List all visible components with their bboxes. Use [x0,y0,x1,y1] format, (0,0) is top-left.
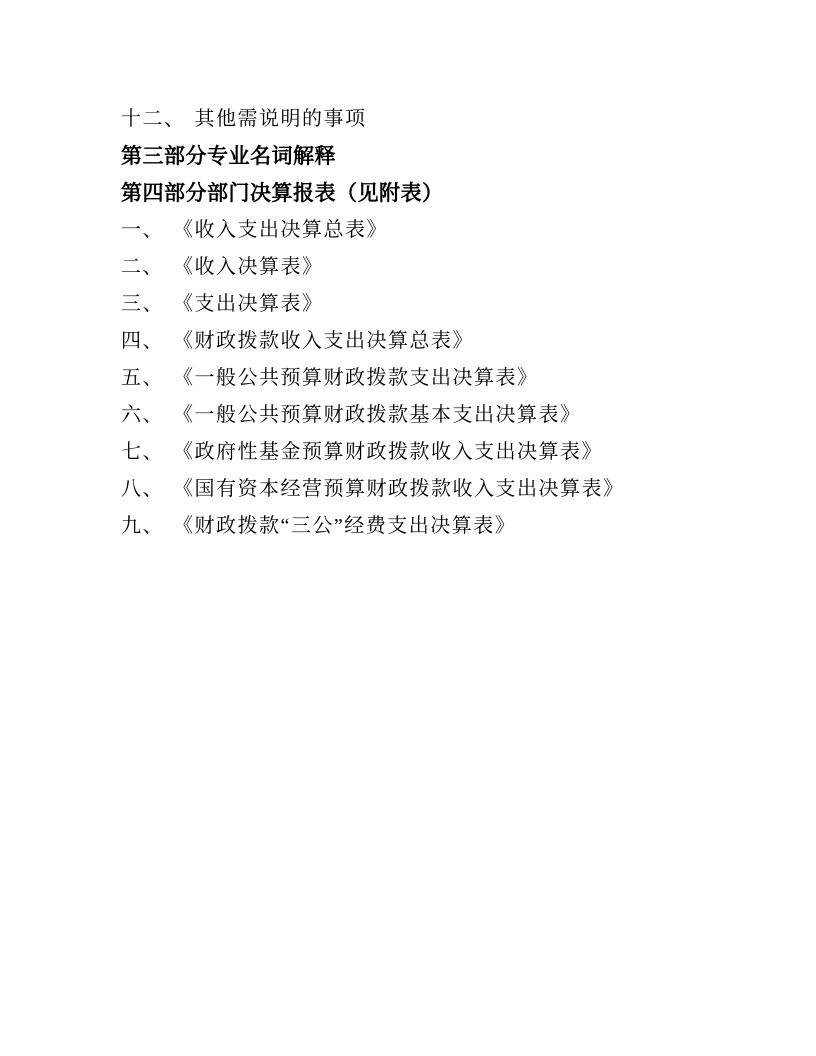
item-number: 四、 [121,323,164,360]
item-text: 《一般公共预算财政拨款支出决算表》 [173,360,539,397]
toc-line-table-4: 四、《财政拨款收入支出决算总表》 [121,323,756,360]
toc-line-table-1: 一、《收入支出决算总表》 [121,212,756,249]
item-text: 《财政拨款“三公”经费支出决算表》 [173,508,516,545]
item-text: 《收入支出决算总表》 [173,212,388,249]
item-number: 二、 [121,249,164,286]
item-number: 六、 [121,397,164,434]
section-heading-part4: 第四部分部门决算报表（见附表） [121,175,756,212]
toc-content: 十二、其他需说明的事项 第三部分专业名词解释 第四部分部门决算报表（见附表） 一… [121,101,756,545]
document-page: 十二、其他需说明的事项 第三部分专业名词解释 第四部分部门决算报表（见附表） 一… [0,0,816,1056]
toc-line-other-notes: 十二、其他需说明的事项 [121,101,756,138]
toc-line-table-6: 六、《一般公共预算财政拨款基本支出决算表》 [121,397,756,434]
item-number: 九、 [121,508,164,545]
toc-line-table-3: 三、《支出决算表》 [121,286,756,323]
section-heading-part3: 第三部分专业名词解释 [121,138,756,175]
item-number: 七、 [121,434,164,471]
toc-line-table-2: 二、《收入决算表》 [121,249,756,286]
item-text: 《一般公共预算财政拨款基本支出决算表》 [173,397,582,434]
item-text: 《财政拨款收入支出决算总表》 [173,323,474,360]
item-text: 其他需说明的事项 [195,101,367,138]
toc-line-table-8: 八、《国有资本经营预算财政拨款收入支出决算表》 [121,471,756,508]
item-number: 八、 [121,471,164,508]
item-number: 五、 [121,360,164,397]
item-text: 《政府性基金预算财政拨款收入支出决算表》 [173,434,603,471]
item-number: 三、 [121,286,164,323]
item-text: 《支出决算表》 [173,286,324,323]
toc-line-table-9: 九、《财政拨款“三公”经费支出决算表》 [121,508,756,545]
toc-line-table-7: 七、《政府性基金预算财政拨款收入支出决算表》 [121,434,756,471]
item-text: 《收入决算表》 [173,249,324,286]
item-text: 《国有资本经营预算财政拨款收入支出决算表》 [173,471,625,508]
item-number: 一、 [121,212,164,249]
toc-line-table-5: 五、《一般公共预算财政拨款支出决算表》 [121,360,756,397]
item-number: 十二、 [121,101,186,138]
